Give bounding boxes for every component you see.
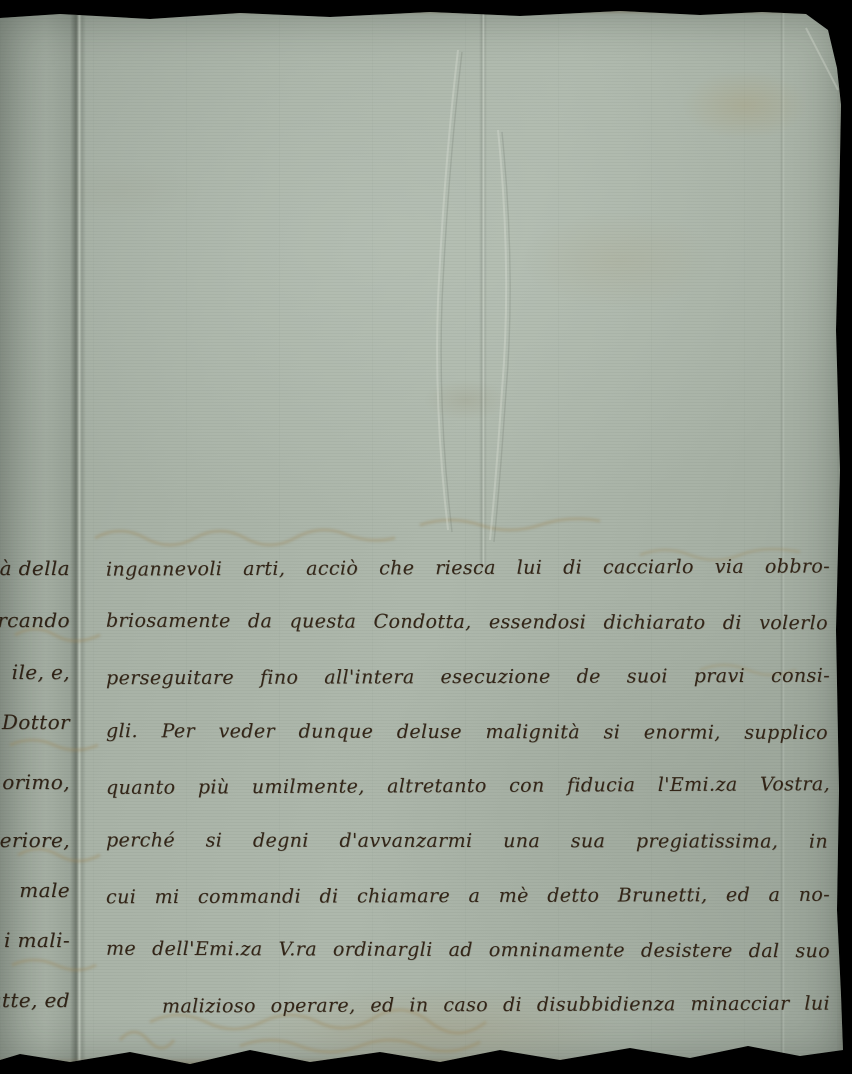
page-fold-gutter xyxy=(70,10,86,1066)
ghost-line xyxy=(95,530,395,545)
manuscript-text-line: perseguitare fino all'intera esecuzione … xyxy=(106,656,830,699)
manuscript-text-line: briosamente da questa Condotta, essendos… xyxy=(106,601,828,644)
facing-page-text-fragment: eriore, xyxy=(0,820,70,860)
manuscript-text-line: me dell'Emi.za V.ra ordinargli ad omnina… xyxy=(106,929,830,972)
wrinkle-shadow-group xyxy=(441,52,510,542)
wrinkle-line xyxy=(490,130,506,540)
corner-scratch xyxy=(806,28,838,90)
ghost-line xyxy=(420,519,600,530)
wrinkle-shadow xyxy=(441,52,462,532)
facing-page-text-fragment: ercando xyxy=(0,600,70,640)
manuscript-text-line: gli. Per veder dunque deluse malignità s… xyxy=(106,711,828,753)
manuscript-text-line: ingannevoli arti, acciò che riesca lui d… xyxy=(106,546,830,589)
manuscript-text-line: malizioso operare, ed in caso di disubbi… xyxy=(162,984,830,1027)
facing-page-text-fragment: utte, ed xyxy=(0,980,70,1020)
wrinkle-shadow xyxy=(494,132,510,542)
scan-background: à della ercando ile, e, Dottor orimo, er… xyxy=(0,0,852,1074)
facing-page-text-fragment: male xyxy=(0,870,70,910)
manuscript-text-line: quanto più umilmente, altretanto con fid… xyxy=(106,764,830,808)
ghost-line xyxy=(12,960,96,970)
facing-page-text-fragment: à della xyxy=(0,548,70,588)
wrinkle-line xyxy=(437,50,458,530)
ghost-line xyxy=(240,1040,480,1052)
center-crease xyxy=(479,10,487,570)
manuscript-text-line: cui mi commandi di chiamare a mè detto B… xyxy=(106,875,830,918)
ghost-line xyxy=(120,1032,174,1048)
facing-page-text-fragment: ile, e, xyxy=(0,652,70,692)
wrinkle-highlight-group xyxy=(437,28,838,540)
manuscript-page: à della ercando ile, e, Dottor orimo, er… xyxy=(0,10,844,1066)
facing-page-text-fragment: orimo, xyxy=(0,762,70,802)
facing-page-text-fragment: Dottor xyxy=(0,702,70,742)
manuscript-text-line: perché si degni d'avvanzarmi una sua pre… xyxy=(106,820,828,861)
facing-page-text-fragment: i mali- xyxy=(0,920,70,960)
